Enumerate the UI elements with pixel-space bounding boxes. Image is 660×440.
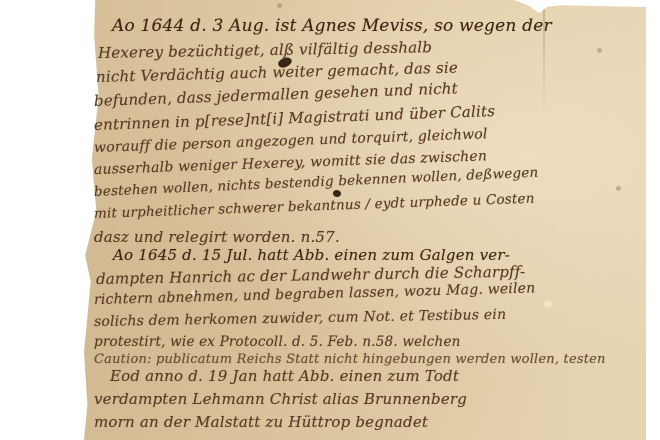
manuscript-line: dasz und relegirt worden. n.57. bbox=[94, 228, 340, 246]
manuscript-line: Ao 1644 d. 3 Aug. ist Agnes Meviss, so w… bbox=[112, 16, 552, 36]
manuscript-line: verdampten Lehmann Christ alias Brunnenb… bbox=[94, 390, 467, 408]
scan-canvas: Ao 1644 d. 3 Aug. ist Agnes Meviss, so w… bbox=[0, 0, 660, 440]
manuscript-line: Hexerey bezüchtiget, alß vilfältig dessh… bbox=[98, 38, 432, 62]
marginal-note: Caution: publicatum Reichs Statt nicht h… bbox=[94, 352, 606, 367]
manuscript-text: Ao 1644 d. 3 Aug. ist Agnes Meviss, so w… bbox=[0, 0, 660, 440]
manuscript-line: morn an der Malstatt zu Hüttrop begnadet bbox=[94, 413, 428, 431]
manuscript-line: Ao 1645 d. 15 Jul. hatt Abb. einen zum G… bbox=[113, 246, 510, 264]
manuscript-line: solichs dem herkomen zuwider, cum Not. e… bbox=[94, 307, 507, 330]
manuscript-line: Eod anno d. 19 Jan hatt Abb. einen zum T… bbox=[110, 367, 459, 385]
manuscript-line: protestirt, wie ex Protocoll. d. 5. Feb.… bbox=[94, 334, 461, 350]
